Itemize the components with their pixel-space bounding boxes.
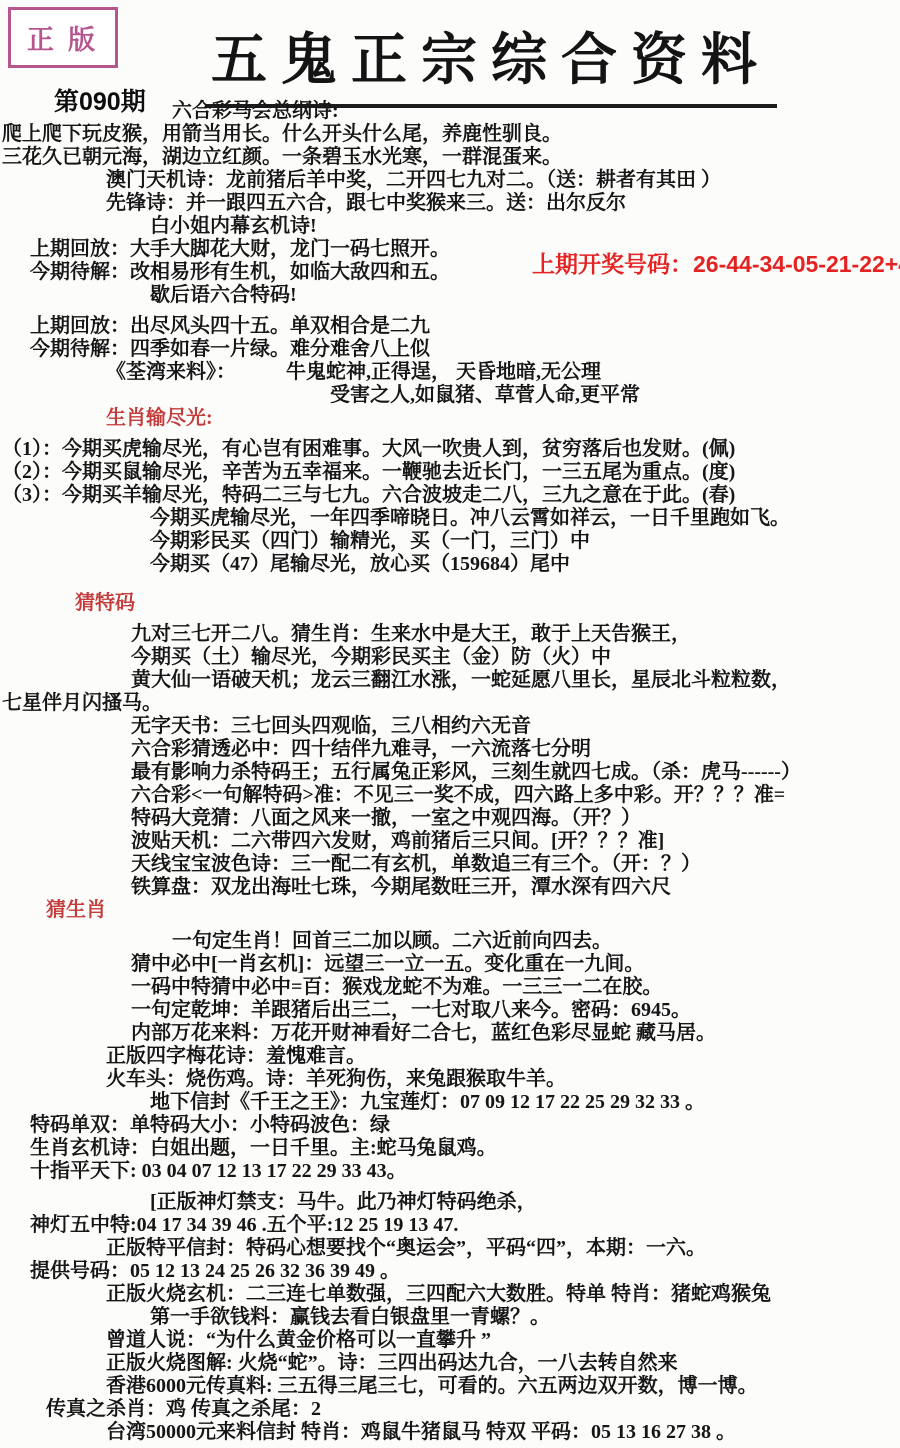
text-line: 歇后语六合特码! <box>0 284 900 307</box>
text-line: （2）：今期买鼠输尽光，辛苦为五幸福来。一鞭驰去近长门，一三五尾为重点。(度) <box>0 461 900 484</box>
text-line: 正版火烧玄机：二三连七单数强，三四配六大数胜。特单 特肖：猪蛇鸡猴兔 <box>0 1283 900 1306</box>
text-line: 上期回放：出尽风头四十五。单双相合是二九 <box>0 315 900 338</box>
text-line: 今期买（47）尾输尽光，放心买（159684）尾中 <box>0 553 900 576</box>
text-line: 台湾50000元来料信封 特肖：鸡鼠牛猪鼠马 特双 平码：05 13 16 27… <box>0 1421 900 1444</box>
text-line: 今期待解：四季如春一片绿。难分难舍八上似 <box>0 338 900 361</box>
text-line: 《荃湾来料》： 牛鬼蛇神,正得逞， 天昏地暗,无公理 <box>0 361 900 384</box>
authenticity-badge: 正版 <box>8 7 118 68</box>
text-line: 九对三七开二八。猜生肖：生来水中是大王，敢于上天告猴王， <box>0 623 900 646</box>
text-line: 正版火烧图解: 火烧“蛇”。诗：三四出码达九合，一八去转自然来 <box>0 1352 900 1375</box>
text-line: 特码单双：单特码大小：小特码波色：绿 <box>0 1114 900 1137</box>
text-line: 黄大仙一语破天机；龙云三翻江水涨，一蛇延愿八里长，星辰北斗粒粒数， <box>0 669 900 692</box>
section-heading: 生肖输尽光: <box>0 407 900 430</box>
text-line: 特码大竞猜：八面之风来一撤，一室之中观四海。（开？） <box>0 807 900 830</box>
text-line: 受害之人,如鼠猪、草菅人命,更平常 <box>0 384 900 407</box>
text-line: 白小姐内幕玄机诗! <box>0 215 900 238</box>
text-line: [正版神灯禁支：马牛。此乃神灯特码绝杀， <box>0 1191 900 1214</box>
page-title: 五鬼正宗综合资料 <box>205 16 777 108</box>
text-line: 六合彩猜透必中：四十结伴九难寻，一六流落七分明 <box>0 738 900 761</box>
text-line: 香港6000元传真料: 三五得三尾三七，可看的。六五两边双开数，博一博。 <box>0 1375 900 1398</box>
text-line: 无字天书：三七回头四观临，三八相约六无音 <box>0 715 900 738</box>
text-line: 今期彩民买（四门）输精光，买（一门，三门）中 <box>0 530 900 553</box>
text-line: 曾道人说：“为什么黄金价格可以一直攀升 ” <box>0 1329 900 1352</box>
text-line: 传真之杀肖：鸡 传真之杀尾：2 <box>0 1398 900 1421</box>
text-line: 最有影响力杀特码王；五行属兔正彩风，三刻生就四七成。（杀：虎马------） <box>0 761 900 784</box>
text-line: （3）：今期买羊输尽光，特码二三与七九。六合波坡走二八，三九之意在于此。(春) <box>0 484 900 507</box>
text-line: 正版特平信封：特码心想要找个“奥运会”，平码“四”，本期：一六。 <box>0 1237 900 1260</box>
text-line: 神灯五中特:04 17 34 39 46 .五个平:12 25 19 13 47… <box>0 1214 900 1237</box>
text-line: （1）：今期买虎输尽光，有心岂有困难事。大风一吹贵人到，贫穷落后也发财。(佩) <box>0 438 900 461</box>
text-line: 波贴天机：二六带四六发财，鸡前猪后三只间。[开？？？准] <box>0 830 900 853</box>
text-line: 先锋诗：并一跟四五六合，跟七中奖猴来三。送：出尔反尔 <box>0 192 900 215</box>
text-line: 七星伴月闪搔马。 <box>0 692 900 715</box>
text-line: 第一手欲钱料：赢钱去看白银盘里一青螺？。 <box>0 1306 900 1329</box>
text-line: 六合彩<一句解特码>准：不见三一奖不成，四六路上多中彩。开？？？准= <box>0 784 900 807</box>
text-line: 铁算盘：双龙出海吐七珠，今期尾数旺三开，潭水深有四六尺 <box>0 876 900 899</box>
section-heading: 猜生肖 <box>0 899 900 922</box>
text-line: 今期买（土）输尽光，今期彩民买主（金）防（火）中 <box>0 646 900 669</box>
text-line: 猜中必中[一肖玄机]：远望三一立一五。变化重在一九间。 <box>0 953 900 976</box>
text-line: 三花久已朝元海，湖边立红颜。一条碧玉水光寒，一群混蛋来。 <box>0 146 900 169</box>
section-heading: 猜特码 <box>0 592 900 615</box>
text-line: 火车头：烧伤鸡。诗：羊死狗伤，来兔跟猴取牛羊。 <box>0 1068 900 1091</box>
text-line: 今期买虎输尽光，一年四季啼晓日。冲八云霄如祥云，一日千里跑如飞。 <box>0 507 900 530</box>
text-line: 一句定乾坤：羊跟猪后出三二，一七对取八来今。密码：6945。 <box>0 999 900 1022</box>
document-body: 六合彩马会总纲诗:爬上爬下玩皮猴，用箭当用长。什么开头什么尾，养鹿性驯良。三花久… <box>0 100 900 1444</box>
text-line: 一句定生肖！回首三二加以顾。二六近前向四去。 <box>0 930 900 953</box>
text-line: 地下信封《千王之王》：九宝莲灯：07 09 12 17 22 25 29 32 … <box>0 1091 900 1114</box>
text-line: 爬上爬下玩皮猴，用箭当用长。什么开头什么尾，养鹿性驯良。 <box>0 123 900 146</box>
text-line: 六合彩马会总纲诗: <box>0 100 900 123</box>
text-line: 一码中特猜中必中=百：猴戏龙蛇不为难。一三三一二在胶。 <box>0 976 900 999</box>
text-line: 生肖玄机诗：白姐出题，一日千里。主:蛇马兔鼠鸡。 <box>0 1137 900 1160</box>
text-line: 提供号码：05 12 13 24 25 26 32 36 39 49 。 <box>0 1260 900 1283</box>
text-line: 澳门天机诗：龙前猪后羊中奖，二开四七九对二。（送：耕者有其田 ） <box>0 169 900 192</box>
previous-draw-numbers: 上期开奖号码：26-44-34-05-21-22+49 <box>532 246 900 279</box>
text-line: 天线宝宝波色诗：三一配二有玄机，单数追三有三个。（开：？） <box>0 853 900 876</box>
text-line: 正版四字梅花诗：羞愧难言。 <box>0 1045 900 1068</box>
text-line: 十指平天下: 03 04 07 12 13 17 22 29 33 43。 <box>0 1160 900 1183</box>
text-line: 内部万花来料：万花开财神看好二合七，蓝红色彩尽显蛇 藏马居。 <box>0 1022 900 1045</box>
